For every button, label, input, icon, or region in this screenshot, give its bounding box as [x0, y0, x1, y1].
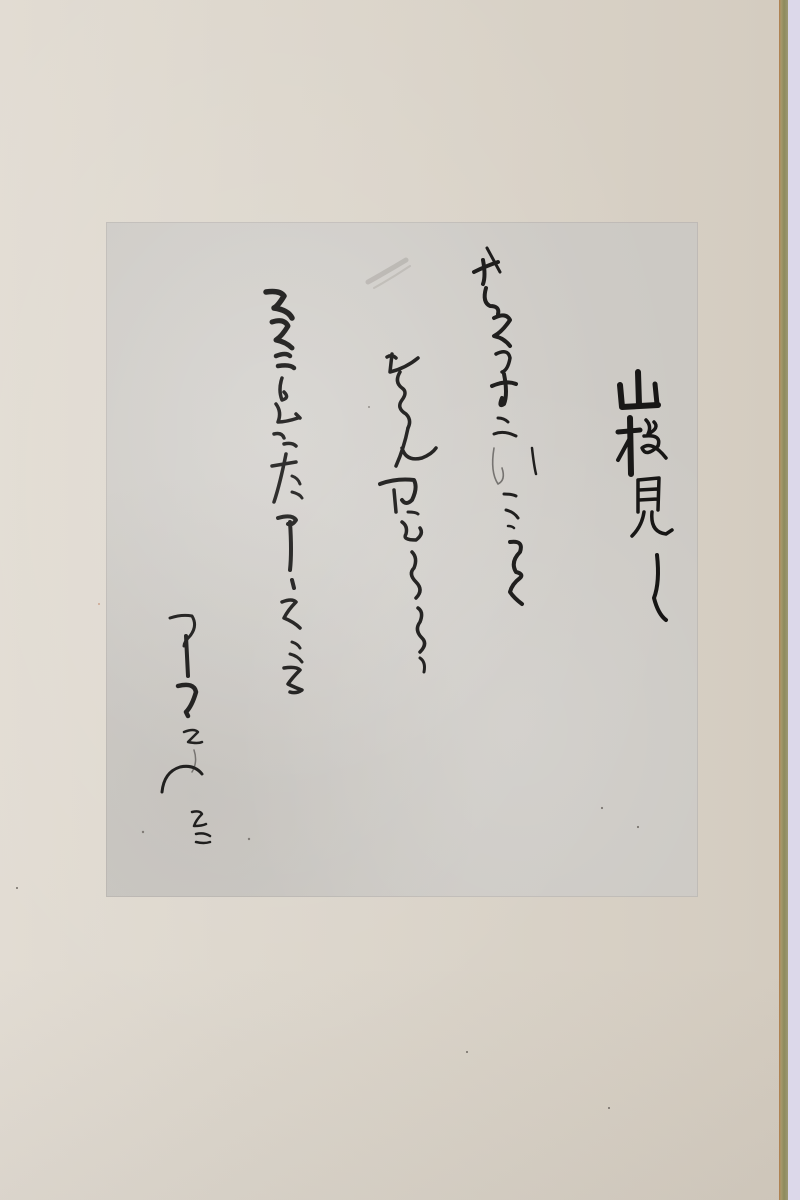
paper-speck [608, 1107, 610, 1109]
poem-column-2-strokes [380, 354, 436, 672]
calligraphy-plate: 山桜見し あるつすこれここく ものんやそこころ ちるとふたれそこころ つまうさへ… [106, 222, 698, 897]
paper-speck [16, 887, 18, 889]
poem-column-4-strokes [162, 615, 210, 843]
book-page-edge [779, 0, 788, 1200]
title-column-strokes [618, 372, 672, 620]
paper-speck [466, 1051, 468, 1053]
book-page: 山桜見し あるつすこれここく ものんやそこころ ちるとふたれそこころ つまうさへ… [0, 0, 782, 1200]
book-photo-scene: 山桜見し あるつすこれここく ものんやそこころ ちるとふたれそこころ つまうさへ… [0, 0, 800, 1200]
paper-speck [98, 603, 100, 605]
poem-column-3-strokes [266, 292, 302, 693]
background-surface [788, 0, 800, 1200]
poem-column-1-strokes [474, 248, 536, 604]
calligraphy-strokes [106, 222, 698, 897]
